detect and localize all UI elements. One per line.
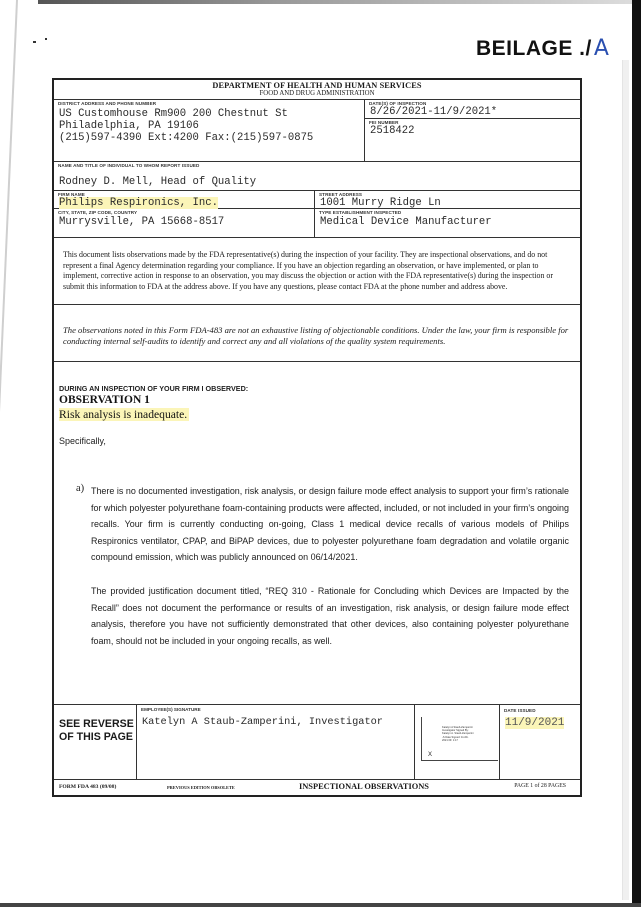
observation-paragraph-1: There is no documented investigation, ri… [91,483,569,566]
observations-intro: DURING AN INSPECTION OF YOUR FIRM I OBSE… [59,384,248,393]
date-issued-label: DATE ISSUED [504,708,536,713]
see-reverse-text: SEE REVERSE OF THIS PAGE [59,718,136,744]
date-issued-cell: DATE ISSUED 11/9/2021 [499,705,580,780]
recipient-row: NAME AND TITLE OF INDIVIDUAL TO WHOM REP… [54,162,580,191]
recipient-label: NAME AND TITLE OF INDIVIDUAL TO WHOM REP… [58,163,199,168]
observations-section: DURING AN INSPECTION OF YOUR FIRM I OBSE… [54,362,580,705]
digital-signature-cell: Katelyn A Staub-Zamperini Investigator S… [414,705,499,780]
district-line-3: (215)597-4390 Ext:4200 Fax:(215)597-0875 [59,132,313,145]
signature-row: SEE REVERSE OF THIS PAGE EMPLOYEE(S) SIG… [54,705,580,780]
district-label: DISTRICT ADDRESS AND PHONE NUMBER [58,101,156,106]
page-indicator: PAGE 1 of 28 PAGES [514,783,566,789]
dates-cell: DATE(S) OF INSPECTION 8/26/2021-11/9/202… [364,100,580,161]
signature-label: EMPLOYEE(S) SIGNATURE [141,707,201,712]
notice-text: This document lists observations made by… [63,250,571,292]
scan-edge-top [38,0,638,4]
firm-name-value: Philips Respironics, Inc. [59,197,218,209]
establishment-label: TYPE ESTABLISHMENT INSPECTED [319,210,401,215]
signature-x-mark: X [428,752,432,758]
establishment-cell: TYPE ESTABLISHMENT INSPECTED Medical Dev… [314,209,580,237]
disclaimer-row: The observations noted in this Form FDA-… [54,305,580,362]
district-line-2: Philadelphia, PA 19106 [59,120,199,133]
firm-row: FIRM NAME Philips Respironics, Inc. STRE… [54,191,580,209]
district-cell: DISTRICT ADDRESS AND PHONE NUMBER US Cus… [54,100,364,161]
firm-name-cell: FIRM NAME Philips Respironics, Inc. [54,191,314,208]
district-line-1: US Customhouse Rm900 200 Chestnut St [59,108,288,121]
see-reverse-cell: SEE REVERSE OF THIS PAGE [54,705,136,780]
establishment-value: Medical Device Manufacturer [320,216,492,229]
disclaimer-text: The observations noted in this Form FDA-… [63,325,573,348]
scan-edge-bottom [0,903,641,907]
city-cell: CITY, STATE, ZIP CODE, COUNTRY Murrysvil… [54,209,314,237]
agency-title: FOOD AND DRUG ADMINISTRATION [54,90,580,97]
street-value: 1001 Murry Ridge Ln [320,197,441,210]
form-footer: FORM FDA 483 (09/08) PREVIOUS EDITION OB… [54,779,580,795]
scan-edge-right [632,0,641,907]
form-header: DEPARTMENT OF HEALTH AND HUMAN SERVICES … [54,80,580,100]
inspection-dates-cell: DATE(S) OF INSPECTION 8/26/2021-11/9/202… [365,100,581,119]
scan-speck [45,38,47,40]
digital-signature-box: Katelyn A Staub-Zamperini Investigator S… [421,717,498,761]
exhibit-stamp-label: BEILAGE ./ [476,37,592,60]
fei-value: 2518422 [370,125,415,138]
employee-name: Katelyn A Staub-Zamperini, Investigator [142,716,383,728]
observation-title: OBSERVATION 1 [59,394,150,406]
department-title: DEPARTMENT OF HEALTH AND HUMAN SERVICES [54,81,580,90]
observation-summary: Risk analysis is inadequate. [59,408,189,421]
fda-483-form: DEPARTMENT OF HEALTH AND HUMAN SERVICES … [52,78,582,797]
specifically-label: Specifically, [59,436,106,446]
exhibit-stamp: BEILAGE ./A [476,36,609,61]
scan-edge-left [0,0,18,907]
digital-signature-stamp: Katelyn A Staub-Zamperini Investigator S… [442,726,474,742]
district-row: DISTRICT ADDRESS AND PHONE NUMBER US Cus… [54,100,580,162]
city-value: Murrysville, PA 15668-8517 [59,216,224,229]
city-label: CITY, STATE, ZIP CODE, COUNTRY [58,210,137,215]
street-cell: STREET ADDRESS 1001 Murry Ridge Ln [314,191,580,208]
recipient-value: Rodney D. Mell, Head of Quality [59,176,256,189]
scan-speck [33,41,36,43]
scan-binding-shadow [622,60,629,900]
date-issued-value: 11/9/2021 [505,717,564,729]
footer-title: INSPECTIONAL OBSERVATIONS [299,782,429,791]
city-row: CITY, STATE, ZIP CODE, COUNTRY Murrysvil… [54,209,580,238]
notice-row: This document lists observations made by… [54,238,580,305]
item-marker: a) [76,483,84,494]
form-number: FORM FDA 483 (09/08) [59,784,116,790]
exhibit-stamp-handwritten: A [594,36,610,61]
observation-paragraph-2: The provided justification document titl… [91,583,569,649]
inspection-dates-value: 8/26/2021-11/9/2021* [370,106,497,119]
previous-edition-note: PREVIOUS EDITION OBSOLETE [167,785,235,790]
